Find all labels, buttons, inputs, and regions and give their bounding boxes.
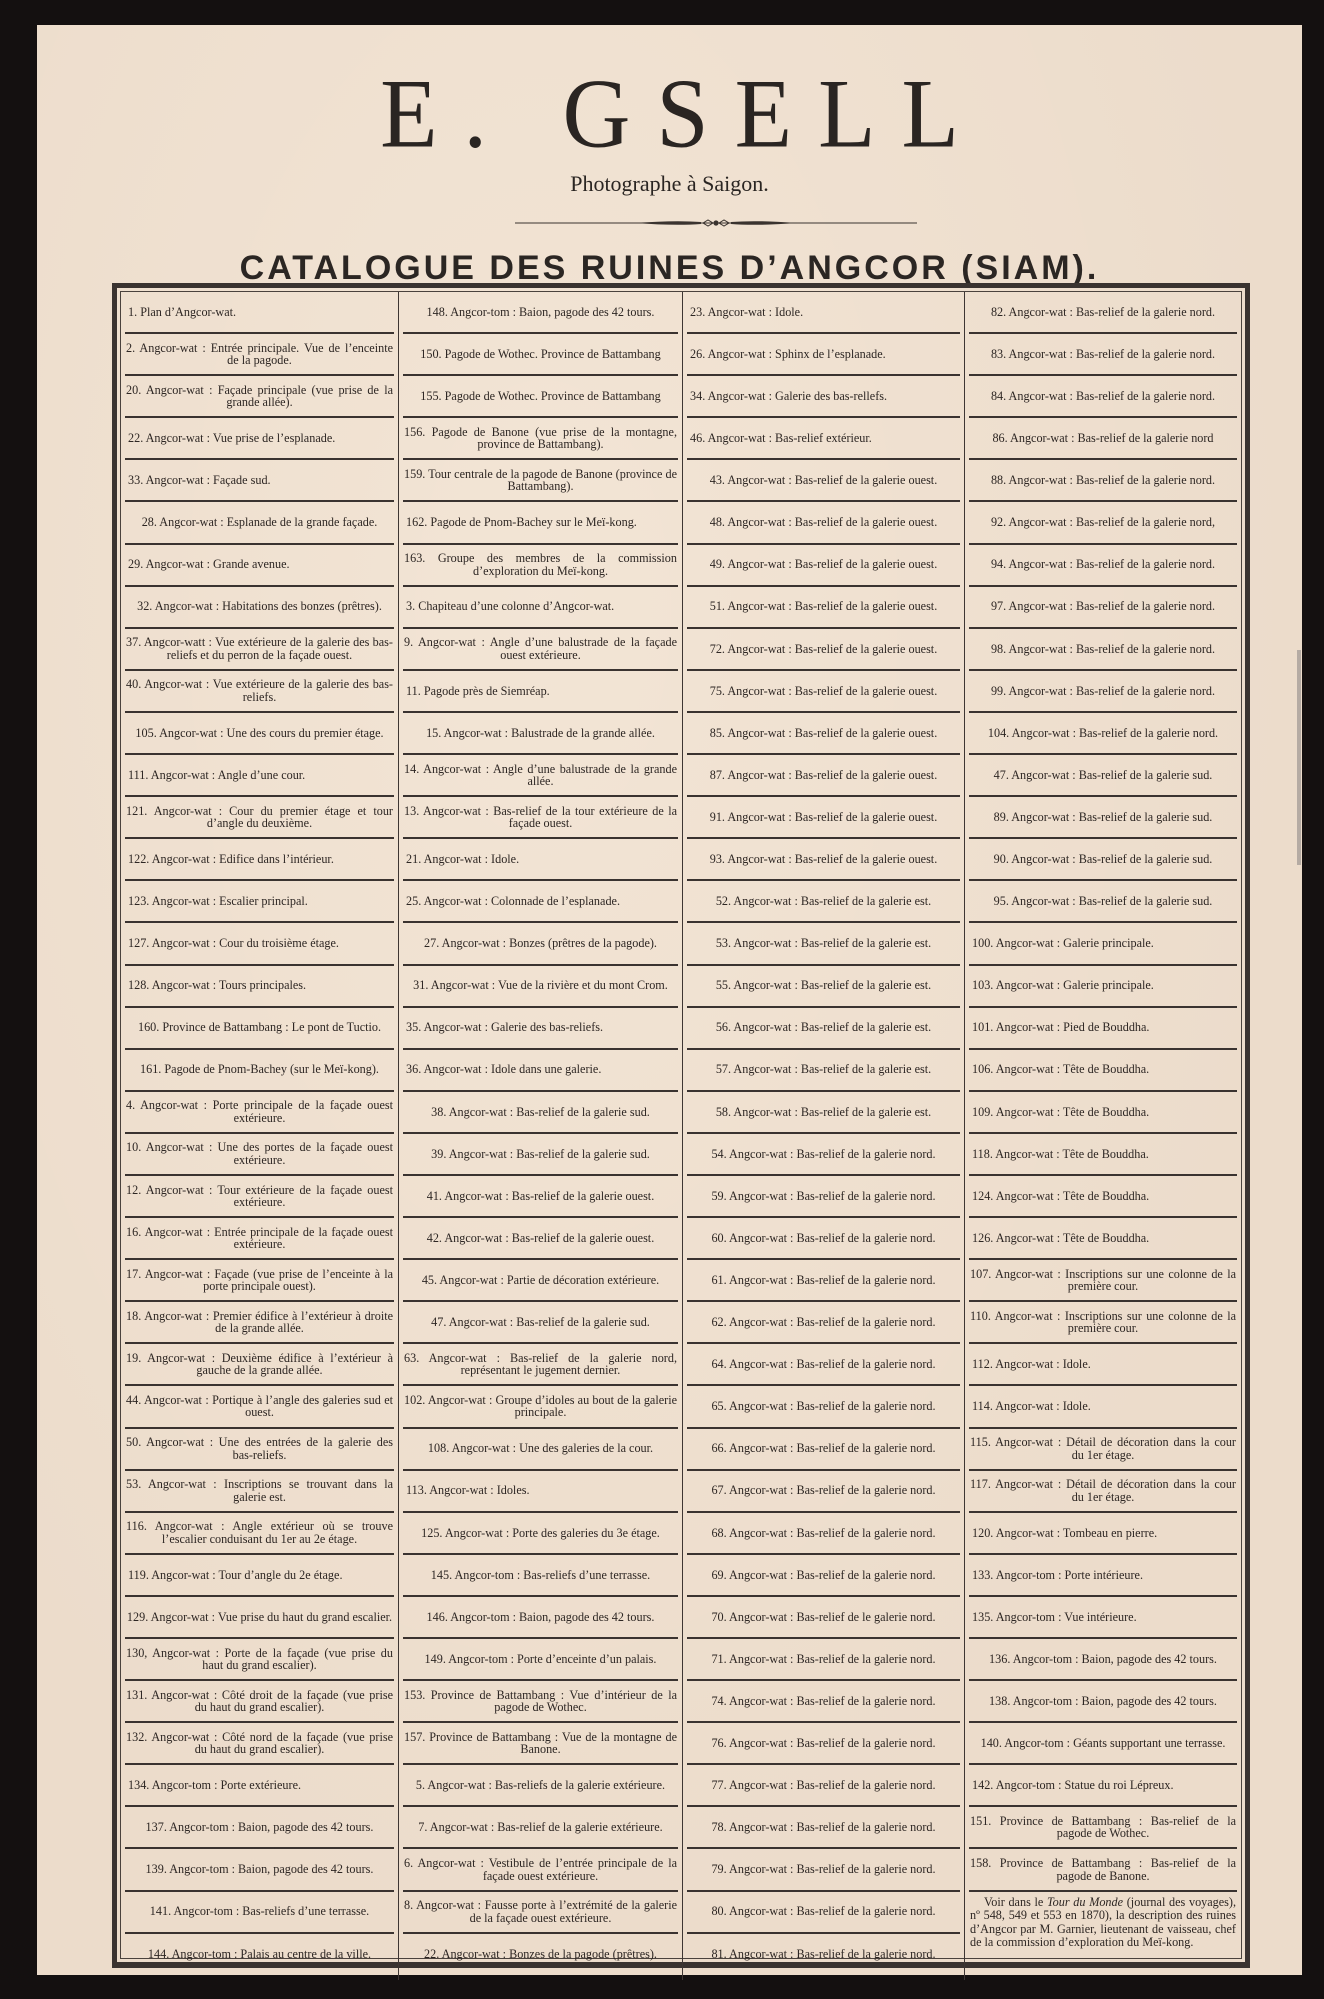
catalogue-entry-text: 90. Angcor-wat : Bas-relief de la galeri… [970, 853, 1236, 866]
catalogue-entry-text: 102. Angcor-wat : Groupe d’idoles au bou… [404, 1394, 677, 1419]
catalogue-entry: 55. Angcor-wat : Bas-relief de la galeri… [687, 966, 960, 1008]
catalogue-entry-text: 2. Angcor-wat : Entrée principale. Vue d… [126, 342, 393, 367]
catalogue-entry-text: 110. Angcor-wat : Inscriptions sur une c… [970, 1310, 1236, 1335]
catalogue-entry-text: 45. Angcor-wat : Partie de décoration ex… [404, 1274, 677, 1287]
catalogue-entry: 116. Angcor-wat : Angle extérieur où se … [125, 1513, 394, 1555]
catalogue-entry: 137. Angcor-tom : Baion, pagode des 42 t… [125, 1807, 394, 1849]
catalogue-entry-text: 151. Province de Battambang : Bas-relief… [970, 1815, 1236, 1840]
catalogue-entry-text: 121. Angcor-wat : Cour du premier étage … [126, 805, 393, 830]
catalogue-entry: 63. Angcor-wat : Bas-relief de la galeri… [403, 1344, 678, 1386]
catalogue-entry: 111. Angcor-wat : Angle d’une cour. [125, 755, 394, 797]
catalogue-entry-text: 133. Angcor-tom : Porte intérieure. [970, 1569, 1236, 1582]
catalogue-entry-text: 52. Angcor-wat : Bas-relief de la galeri… [688, 895, 959, 908]
catalogue-entry-text: 88. Angcor-wat : Bas-relief de la galeri… [970, 474, 1236, 487]
catalogue-entry: 65. Angcor-wat : Bas-relief de la galeri… [687, 1386, 960, 1428]
catalogue-entry: 66. Angcor-wat : Bas-relief de la galeri… [687, 1429, 960, 1471]
catalogue-entry-text: 21. Angcor-wat : Idole. [404, 853, 677, 866]
catalogue-entry: 54. Angcor-wat : Bas-relief de la galeri… [687, 1134, 960, 1176]
catalogue-entry: 39. Angcor-wat : Bas-relief de la galeri… [403, 1134, 678, 1176]
catalogue-entry-text: 64. Angcor-wat : Bas-relief de la galeri… [688, 1358, 959, 1371]
catalogue-entry: 8. Angcor-wat : Fausse porte à l’extrémi… [403, 1892, 678, 1934]
catalogue-entry: 114. Angcor-wat : Idole. [969, 1386, 1237, 1428]
catalogue-entry: 155. Pagode de Wothec. Province de Batta… [403, 376, 678, 418]
catalogue-entry: 121. Angcor-wat : Cour du premier étage … [125, 797, 394, 839]
catalogue-entry-text: 18. Angcor-wat : Premier édifice à l’ext… [126, 1310, 393, 1335]
catalogue-entry: 31. Angcor-wat : Vue de la rivière et du… [403, 966, 678, 1008]
catalogue-entry-text: 76. Angcor-wat : Bas-relief de la galeri… [688, 1737, 959, 1750]
catalogue-entry-text: 111. Angcor-wat : Angle d’une cour. [126, 769, 393, 782]
catalogue-entry: 6. Angcor-wat : Vestibule de l’entrée pr… [403, 1849, 678, 1891]
catalogue-entry: 61. Angcor-wat : Bas-relief de la galeri… [687, 1260, 960, 1302]
ornament-divider-icon [515, 218, 917, 228]
catalogue-entry-text: 160. Province de Battambang : Le pont de… [126, 1021, 393, 1034]
catalogue-entry: 32. Angcor-wat : Habitations des bonzes … [125, 587, 394, 629]
catalogue-entry: 48. Angcor-wat : Bas-relief de la galeri… [687, 502, 960, 544]
catalogue-entry: 99. Angcor-wat : Bas-relief de la galeri… [969, 671, 1237, 713]
catalogue-entry: 104. Angcor-wat : Bas-relief de la galer… [969, 713, 1237, 755]
catalogue-entry-text: 40. Angcor-wat : Vue extérieure de la ga… [126, 678, 393, 703]
catalogue-entry-text: 139. Angcor-tom : Baion, pagode des 42 t… [126, 1863, 393, 1876]
catalogue-entry-text: 62. Angcor-wat : Bas-relief de la galeri… [688, 1316, 959, 1329]
catalogue-table: 1. Plan d’Angcor-wat.2. Angcor-wat : Ent… [112, 283, 1250, 1968]
catalogue-entry-text: 80. Angcor-wat : Bas-relief de la galeri… [688, 1905, 959, 1918]
catalogue-entry-text: 35. Angcor-wat : Galerie des bas-reliefs… [404, 1021, 677, 1034]
catalogue-entry: 70. Angcor-wat : Bas-relief de le galeri… [687, 1597, 960, 1639]
catalogue-entry-text: 99. Angcor-wat : Bas-relief de la galeri… [970, 685, 1236, 698]
catalogue-entry: 43. Angcor-wat : Bas-relief de la galeri… [687, 460, 960, 502]
catalogue-entry: 126. Angcor-wat : Tête de Bouddha. [969, 1218, 1237, 1260]
catalogue-entry-text: 13. Angcor-wat : Bas-relief de la tour e… [404, 805, 677, 830]
catalogue-entry-text: 26. Angcor-wat : Sphinx de l’esplanade. [688, 348, 959, 361]
catalogue-entry-text: 54. Angcor-wat : Bas-relief de la galeri… [688, 1148, 959, 1161]
catalogue-entry-text: 31. Angcor-wat : Vue de la rivière et du… [404, 979, 677, 992]
catalogue-entry-text: 92. Angcor-wat : Bas-relief de la galeri… [970, 516, 1236, 529]
catalogue-entry: 19. Angcor-wat : Deuxième édifice à l’ex… [125, 1344, 394, 1386]
catalogue-entry: 139. Angcor-tom : Baion, pagode des 42 t… [125, 1849, 394, 1891]
catalogue-entry: 40. Angcor-wat : Vue extérieure de la ga… [125, 671, 394, 713]
catalogue-entry: 1. Plan d’Angcor-wat. [125, 292, 394, 334]
catalogue-entry-text: 77. Angcor-wat : Bas-relief de la galeri… [688, 1779, 959, 1792]
catalogue-entry-text: 159. Tour centrale de la pagode de Banon… [404, 468, 677, 493]
catalogue-entry: 42. Angcor-wat : Bas-relief de la galeri… [403, 1218, 678, 1260]
catalogue-entry: 142. Angcor-tom : Statue du roi Lépreux. [969, 1765, 1237, 1807]
catalogue-entry-text: 98. Angcor-wat : Bas-relief de la galeri… [970, 643, 1236, 656]
catalogue-entry-text: 126. Angcor-wat : Tête de Bouddha. [970, 1232, 1236, 1245]
catalogue-entry: 119. Angcor-wat : Tour d’angle du 2e éta… [125, 1555, 394, 1597]
catalogue-entry: 153. Province de Battambang : Vue d’inté… [403, 1681, 678, 1723]
catalogue-sheet: E. GSELL Photographe à Saigon. CATALOGUE… [37, 25, 1302, 1975]
catalogue-entry-text: 47. Angcor-wat : Bas-relief de la galeri… [970, 769, 1236, 782]
catalogue-entry: 103. Angcor-wat : Galerie principale. [969, 966, 1237, 1008]
catalogue-entry-text: 5. Angcor-wat : Bas-reliefs de la galeri… [404, 1779, 677, 1792]
catalogue-entry-text: 134. Angcor-tom : Porte extérieure. [126, 1779, 393, 1792]
catalogue-entry: 71. Angcor-wat : Bas-relief de la galeri… [687, 1639, 960, 1681]
catalogue-entry-text: 112. Angcor-wat : Idole. [970, 1358, 1236, 1371]
catalogue-entry: 100. Angcor-wat : Galerie principale. [969, 923, 1237, 965]
catalogue-entry: 102. Angcor-wat : Groupe d’idoles au bou… [403, 1386, 678, 1428]
reference-note-prefix: Voir dans le [984, 1895, 1047, 1909]
catalogue-entry-text: 70. Angcor-wat : Bas-relief de le galeri… [688, 1611, 959, 1624]
catalogue-entry-text: 69. Angcor-wat : Bas-relief de la galeri… [688, 1569, 959, 1582]
catalogue-entry-text: 123. Angcor-wat : Escalier principal. [126, 895, 393, 908]
catalogue-entry-text: 43. Angcor-wat : Bas-relief de la galeri… [688, 474, 959, 487]
catalogue-entry: 59. Angcor-wat : Bas-relief de la galeri… [687, 1176, 960, 1218]
catalogue-column-4: 82. Angcor-wat : Bas-relief de la galeri… [965, 292, 1241, 1980]
catalogue-entry-text: 122. Angcor-wat : Edifice dans l’intérie… [126, 853, 393, 866]
catalogue-entry: 133. Angcor-tom : Porte intérieure. [969, 1555, 1237, 1597]
catalogue-entry: 97. Angcor-wat : Bas-relief de la galeri… [969, 587, 1237, 629]
catalogue-entry: 68. Angcor-wat : Bas-relief de la galeri… [687, 1513, 960, 1555]
catalogue-entry-text: 135. Angcor-tom : Vue intérieure. [970, 1611, 1236, 1624]
catalogue-entry: 13. Angcor-wat : Bas-relief de la tour e… [403, 797, 678, 839]
reference-note-text: Voir dans le Tour du Monde (journal des … [970, 1896, 1236, 1950]
catalogue-entry: 144. Angcor-tom : Palais au centre de la… [125, 1934, 394, 1976]
catalogue-entry-text: 9. Angcor-wat : Angle d’une balustrade d… [404, 636, 677, 661]
catalogue-entry-text: 59. Angcor-wat : Bas-relief de la galeri… [688, 1190, 959, 1203]
catalogue-entry-text: 28. Angcor-wat : Esplanade de la grande … [126, 516, 393, 529]
catalogue-entry-text: 47. Angcor-wat : Bas-relief de la galeri… [404, 1316, 677, 1329]
catalogue-entry: 92. Angcor-wat : Bas-relief de la galeri… [969, 502, 1237, 544]
catalogue-entry: 161. Pagode de Pnom-Bachey (sur le Meï-k… [125, 1050, 394, 1092]
catalogue-entry-text: 12. Angcor-wat : Tour extérieure de la f… [126, 1184, 393, 1209]
catalogue-entry-text: 104. Angcor-wat : Bas-relief de la galer… [970, 727, 1236, 740]
catalogue-entry: 150. Pagode de Wothec. Province de Batta… [403, 334, 678, 376]
catalogue-entry-text: 148. Angcor-tom : Baion, pagode des 42 t… [404, 306, 677, 319]
catalogue-entry: 56. Angcor-wat : Bas-relief de la galeri… [687, 1008, 960, 1050]
catalogue-entry-text: 51. Angcor-wat : Bas-relief de la galeri… [688, 600, 959, 613]
catalogue-entry-text: 145. Angcor-tom : Bas-reliefs d’une terr… [404, 1569, 677, 1582]
catalogue-entry: 117. Angcor-wat : Détail de décoration d… [969, 1471, 1237, 1513]
catalogue-entry: 37. Angcor-watt : Vue extérieure de la g… [125, 629, 394, 671]
catalogue-entry-text: 117. Angcor-wat : Détail de décoration d… [970, 1478, 1236, 1503]
catalogue-entry-text: 36. Angcor-wat : Idole dans une galerie. [404, 1063, 677, 1076]
catalogue-column-1: 1. Plan d’Angcor-wat.2. Angcor-wat : Ent… [121, 292, 399, 1980]
catalogue-entry: 51. Angcor-wat : Bas-relief de la galeri… [687, 587, 960, 629]
catalogue-entry: 10. Angcor-wat : Une des portes de la fa… [125, 1134, 394, 1176]
catalogue-entry: 3. Chapiteau d’une colonne d’Angcor-wat. [403, 587, 678, 629]
catalogue-entry: 145. Angcor-tom : Bas-reliefs d’une terr… [403, 1555, 678, 1597]
catalogue-entry-text: 8. Angcor-wat : Fausse porte à l’extrémi… [404, 1899, 677, 1924]
catalogue-entry: 52. Angcor-wat : Bas-relief de la galeri… [687, 881, 960, 923]
catalogue-entry: 109. Angcor-wat : Tête de Bouddha. [969, 1092, 1237, 1134]
catalogue-entry-text: 109. Angcor-wat : Tête de Bouddha. [970, 1106, 1236, 1119]
catalogue-entry-text: 57. Angcor-wat : Bas-relief de la galeri… [688, 1063, 959, 1076]
catalogue-entry: 22. Angcor-wat : Vue prise de l’esplanad… [125, 418, 394, 460]
catalogue-entry-text: 136. Angcor-tom : Baion, pagode des 42 t… [970, 1653, 1236, 1666]
catalogue-entry-text: 115. Angcor-wat : Détail de décoration d… [970, 1436, 1236, 1461]
catalogue-entry-text: 131. Angcor-wat : Côté droit de la façad… [126, 1689, 393, 1714]
catalogue-entry-text: 50. Angcor-wat : Une des entrées de la g… [126, 1436, 393, 1461]
catalogue-entry-text: 103. Angcor-wat : Galerie principale. [970, 979, 1236, 992]
catalogue-entry: 106. Angcor-wat : Tête de Bouddha. [969, 1050, 1237, 1092]
catalogue-entry: 141. Angcor-tom : Bas-reliefs d’une terr… [125, 1892, 394, 1934]
catalogue-entry-text: 108. Angcor-wat : Une des galeries de la… [404, 1442, 677, 1455]
catalogue-entry-text: 14. Angcor-wat : Angle d’une balustrade … [404, 763, 677, 788]
catalogue-entry: 130, Angcor-wat : Porte de la façade (vu… [125, 1639, 394, 1681]
catalogue-entry-text: 6. Angcor-wat : Vestibule de l’entrée pr… [404, 1857, 677, 1882]
catalogue-entry-text: 17. Angcor-wat : Façade (vue prise de l’… [126, 1268, 393, 1293]
catalogue-entry: 15. Angcor-wat : Balustrade de la grande… [403, 713, 678, 755]
catalogue-entry-text: 163. Groupe des membres de la commission… [404, 552, 677, 577]
catalogue-entry-text: 118. Angcor-wat : Tête de Bouddha. [970, 1148, 1236, 1161]
catalogue-entry: 162. Pagode de Pnom-Bachey sur le Meï-ko… [403, 502, 678, 544]
catalogue-entry-text: 84. Angcor-wat : Bas-relief de la galeri… [970, 390, 1236, 403]
catalogue-entry: 78. Angcor-wat : Bas-relief de la galeri… [687, 1807, 960, 1849]
catalogue-entry: 123. Angcor-wat : Escalier principal. [125, 881, 394, 923]
catalogue-entry: 105. Angcor-wat : Une des cours du premi… [125, 713, 394, 755]
catalogue-entry-text: 46. Angcor-wat : Bas-relief extérieur. [688, 432, 959, 445]
catalogue-entry-text: 105. Angcor-wat : Une des cours du premi… [126, 727, 393, 740]
catalogue-entry-text: 68. Angcor-wat : Bas-relief de la galeri… [688, 1527, 959, 1540]
catalogue-entry: 98. Angcor-wat : Bas-relief de la galeri… [969, 629, 1237, 671]
catalogue-entry-text: 137. Angcor-tom : Baion, pagode des 42 t… [126, 1821, 393, 1834]
catalogue-entry: 47. Angcor-wat : Bas-relief de la galeri… [403, 1302, 678, 1344]
catalogue-entry: 113. Angcor-wat : Idoles. [403, 1471, 678, 1513]
catalogue-entry: 140. Angcor-tom : Géants supportant une … [969, 1723, 1237, 1765]
catalogue-entry: 26. Angcor-wat : Sphinx de l’esplanade. [687, 334, 960, 376]
catalogue-entry-text: 124. Angcor-wat : Tête de Bouddha. [970, 1190, 1236, 1203]
catalogue-entry: 69. Angcor-wat : Bas-relief de la galeri… [687, 1555, 960, 1597]
catalogue-entry: 25. Angcor-wat : Colonnade de l’esplanad… [403, 881, 678, 923]
catalogue-entry: 77. Angcor-wat : Bas-relief de la galeri… [687, 1765, 960, 1807]
catalogue-entry-text: 53. Angcor-wat : Bas-relief de la galeri… [688, 937, 959, 950]
catalogue-entry: 33. Angcor-wat : Façade sud. [125, 460, 394, 502]
catalogue-entry: 86. Angcor-wat : Bas-relief de la galeri… [969, 418, 1237, 460]
catalogue-entry: 128. Angcor-wat : Tours principales. [125, 966, 394, 1008]
catalogue-entry: 5. Angcor-wat : Bas-reliefs de la galeri… [403, 1765, 678, 1807]
catalogue-entry-text: 72. Angcor-wat : Bas-relief de la galeri… [688, 643, 959, 656]
catalogue-entry: 127. Angcor-wat : Cour du troisième étag… [125, 923, 394, 965]
catalogue-entry-text: 37. Angcor-watt : Vue extérieure de la g… [126, 636, 393, 661]
catalogue-entry: 22. Angcor-wat : Bonzes de la pagode (pr… [403, 1934, 678, 1976]
catalogue-entry-text: 128. Angcor-wat : Tours principales. [126, 979, 393, 992]
catalogue-entry-text: 10. Angcor-wat : Une des portes de la fa… [126, 1141, 393, 1166]
catalogue-entry: 49. Angcor-wat : Bas-relief de la galeri… [687, 545, 960, 587]
catalogue-column-2: 148. Angcor-tom : Baion, pagode des 42 t… [399, 292, 683, 1980]
catalogue-entry-text: 38. Angcor-wat : Bas-relief de la galeri… [404, 1106, 677, 1119]
catalogue-entry-text: 149. Angcor-tom : Porte d’enceinte d’un … [404, 1653, 677, 1666]
catalogue-entry: 58. Angcor-wat : Bas-relief de la galeri… [687, 1092, 960, 1134]
catalogue-entry: 84. Angcor-wat : Bas-relief de la galeri… [969, 376, 1237, 418]
catalogue-entry: 36. Angcor-wat : Idole dans une galerie. [403, 1050, 678, 1092]
catalogue-entry: 151. Province de Battambang : Bas-relief… [969, 1807, 1237, 1849]
catalogue-entry: 138. Angcor-tom : Baion, pagode des 42 t… [969, 1681, 1237, 1723]
catalogue-entry: 125. Angcor-wat : Porte des galeries du … [403, 1513, 678, 1555]
catalogue-entry: 35. Angcor-wat : Galerie des bas-reliefs… [403, 1008, 678, 1050]
catalogue-column-3: 23. Angcor-wat : Idole.26. Angcor-wat : … [683, 292, 965, 1980]
catalogue-entry-text: 48. Angcor-wat : Bas-relief de la galeri… [688, 516, 959, 529]
catalogue-entry: 23. Angcor-wat : Idole. [687, 292, 960, 334]
catalogue-entry-text: 78. Angcor-wat : Bas-relief de la galeri… [688, 1821, 959, 1834]
catalogue-entry-text: 132. Angcor-wat : Côté nord de la façade… [126, 1731, 393, 1756]
catalogue-entry: 83. Angcor-wat : Bas-relief de la galeri… [969, 334, 1237, 376]
catalogue-entry-text: 113. Angcor-wat : Idoles. [404, 1484, 677, 1497]
catalogue-entry-text: 34. Angcor-wat : Galerie des bas-rellefs… [688, 390, 959, 403]
catalogue-entry-text: 129. Angcor-wat : Vue prise du haut du g… [126, 1611, 393, 1624]
catalogue-entry-text: 101. Angcor-wat : Pied de Bouddha. [970, 1021, 1236, 1034]
catalogue-entry-text: 60. Angcor-wat : Bas-relief de la galeri… [688, 1232, 959, 1245]
catalogue-entry-text: 19. Angcor-wat : Deuxième édifice à l’ex… [126, 1352, 393, 1377]
catalogue-entry: 62. Angcor-wat : Bas-relief de la galeri… [687, 1302, 960, 1344]
catalogue-entry-text: 15. Angcor-wat : Balustrade de la grande… [404, 727, 677, 740]
catalogue-entry: 80. Angcor-wat : Bas-relief de la galeri… [687, 1892, 960, 1934]
catalogue-entry: 14. Angcor-wat : Angle d’une balustrade … [403, 755, 678, 797]
catalogue-entry: 118. Angcor-wat : Tête de Bouddha. [969, 1134, 1237, 1176]
catalogue-entry-text: 44. Angcor-wat : Portique à l’angle des … [126, 1394, 393, 1419]
catalogue-entry-text: 138. Angcor-tom : Baion, pagode des 42 t… [970, 1695, 1236, 1708]
catalogue-entry: 129. Angcor-wat : Vue prise du haut du g… [125, 1597, 394, 1639]
catalogue-entry-text: 142. Angcor-tom : Statue du roi Lépreux. [970, 1779, 1236, 1792]
catalogue-entry-text: 106. Angcor-wat : Tête de Bouddha. [970, 1063, 1236, 1076]
catalogue-entry: 53. Angcor-wat : Bas-relief de la galeri… [687, 923, 960, 965]
catalogue-entry-text: 116. Angcor-wat : Angle extérieur où se … [126, 1520, 393, 1545]
catalogue-table-grid: 1. Plan d’Angcor-wat.2. Angcor-wat : Ent… [120, 291, 1242, 1959]
catalogue-entry-text: 32. Angcor-wat : Habitations des bonzes … [126, 600, 393, 613]
catalogue-entry-text: 158. Province de Battambang : Bas-relief… [970, 1857, 1236, 1882]
catalogue-entry-text: 56. Angcor-wat : Bas-relief de la galeri… [688, 1021, 959, 1034]
catalogue-entry-text: 89. Angcor-wat : Bas-relief de la galeri… [970, 811, 1236, 824]
catalogue-entry-text: 1. Plan d’Angcor-wat. [126, 306, 393, 319]
catalogue-entry: 159. Tour centrale de la pagode de Banon… [403, 460, 678, 502]
catalogue-entry: 124. Angcor-wat : Tête de Bouddha. [969, 1176, 1237, 1218]
catalogue-entry: 115. Angcor-wat : Détail de décoration d… [969, 1429, 1237, 1471]
catalogue-entry: 60. Angcor-wat : Bas-relief de la galeri… [687, 1218, 960, 1260]
catalogue-entry-text: 81. Angcor-wat : Bas-relief de la galeri… [688, 1948, 959, 1961]
catalogue-entry-text: 42. Angcor-wat : Bas-relief de la galeri… [404, 1232, 677, 1245]
catalogue-entry-text: 22. Angcor-wat : Vue prise de l’esplanad… [126, 432, 393, 445]
catalogue-entry: 20. Angcor-wat : Façade principale (vue … [125, 376, 394, 418]
catalogue-entry: 75. Angcor-wat : Bas-relief de la galeri… [687, 671, 960, 713]
catalogue-entry: 93. Angcor-wat : Bas-relief de la galeri… [687, 839, 960, 881]
catalogue-entry-text: 53. Angcor-wat : Inscriptions se trouvan… [126, 1478, 393, 1503]
catalogue-entry-text: 130, Angcor-wat : Porte de la façade (vu… [126, 1647, 393, 1672]
catalogue-entry: 135. Angcor-tom : Vue intérieure. [969, 1597, 1237, 1639]
catalogue-entry-text: 107. Angcor-wat : Inscriptions sur une c… [970, 1268, 1236, 1293]
catalogue-entry: 160. Province de Battambang : Le pont de… [125, 1008, 394, 1050]
catalogue-entry: 136. Angcor-tom : Baion, pagode des 42 t… [969, 1639, 1237, 1681]
catalogue-entry-text: 140. Angcor-tom : Géants supportant une … [970, 1737, 1236, 1750]
catalogue-entry: 87. Angcor-wat : Bas-relief de la galeri… [687, 755, 960, 797]
catalogue-entry: 146. Angcor-tom : Baion, pagode des 42 t… [403, 1597, 678, 1639]
catalogue-entry: 148. Angcor-tom : Baion, pagode des 42 t… [403, 292, 678, 334]
catalogue-entry-text: 41. Angcor-wat : Bas-relief de la galeri… [404, 1190, 677, 1203]
catalogue-entry-text: 157. Province de Battambang : Vue de la … [404, 1731, 677, 1756]
catalogue-entry: 2. Angcor-wat : Entrée principale. Vue d… [125, 334, 394, 376]
catalogue-entry: 18. Angcor-wat : Premier édifice à l’ext… [125, 1302, 394, 1344]
catalogue-entry-text: 146. Angcor-tom : Baion, pagode des 42 t… [404, 1611, 677, 1624]
catalogue-entry: 156. Pagode de Banone (vue prise de la m… [403, 418, 678, 460]
catalogue-entry: 50. Angcor-wat : Une des entrées de la g… [125, 1429, 394, 1471]
catalogue-entry: 163. Groupe des membres de la commission… [403, 545, 678, 587]
catalogue-entry: 67. Angcor-wat : Bas-relief de la galeri… [687, 1471, 960, 1513]
catalogue-entry-text: 82. Angcor-wat : Bas-relief de la galeri… [970, 306, 1236, 319]
catalogue-entry-text: 49. Angcor-wat : Bas-relief de la galeri… [688, 558, 959, 571]
catalogue-entry: 12. Angcor-wat : Tour extérieure de la f… [125, 1176, 394, 1218]
reference-note: Voir dans le Tour du Monde (journal des … [969, 1892, 1237, 1980]
catalogue-entry-text: 65. Angcor-wat : Bas-relief de la galeri… [688, 1400, 959, 1413]
catalogue-entry-text: 85. Angcor-wat : Bas-relief de la galeri… [688, 727, 959, 740]
catalogue-entry: 101. Angcor-wat : Pied de Bouddha. [969, 1008, 1237, 1050]
catalogue-entry: 89. Angcor-wat : Bas-relief de la galeri… [969, 797, 1237, 839]
catalogue-entry-text: 120. Angcor-wat : Tombeau en pierre. [970, 1527, 1236, 1540]
catalogue-entry: 81. Angcor-wat : Bas-relief de la galeri… [687, 1934, 960, 1976]
catalogue-entry: 85. Angcor-wat : Bas-relief de la galeri… [687, 713, 960, 755]
catalogue-entry: 94. Angcor-wat : Bas-relief de la galeri… [969, 545, 1237, 587]
catalogue-entry: 7. Angcor-wat : Bas-relief de la galerie… [403, 1807, 678, 1849]
catalogue-entry-text: 87. Angcor-wat : Bas-relief de la galeri… [688, 769, 959, 782]
catalogue-entry-text: 23. Angcor-wat : Idole. [688, 306, 959, 319]
catalogue-entry-text: 162. Pagode de Pnom-Bachey sur le Meï-ko… [404, 516, 677, 529]
catalogue-entry: 38. Angcor-wat : Bas-relief de la galeri… [403, 1092, 678, 1134]
catalogue-entry-text: 93. Angcor-wat : Bas-relief de la galeri… [688, 853, 959, 866]
catalogue-entry-text: 4. Angcor-wat : Porte principale de la f… [126, 1099, 393, 1124]
catalogue-entry: 79. Angcor-wat : Bas-relief de la galeri… [687, 1849, 960, 1891]
catalogue-entry-text: 33. Angcor-wat : Façade sud. [126, 474, 393, 487]
catalogue-entry: 91. Angcor-wat : Bas-relief de la galeri… [687, 797, 960, 839]
catalogue-entry: 9. Angcor-wat : Angle d’une balustrade d… [403, 629, 678, 671]
catalogue-entry-text: 58. Angcor-wat : Bas-relief de la galeri… [688, 1106, 959, 1119]
catalogue-entry: 131. Angcor-wat : Côté droit de la façad… [125, 1681, 394, 1723]
catalogue-entry-text: 75. Angcor-wat : Bas-relief de la galeri… [688, 685, 959, 698]
catalogue-entry: 47. Angcor-wat : Bas-relief de la galeri… [969, 755, 1237, 797]
catalogue-entry-text: 74. Angcor-wat : Bas-relief de la galeri… [688, 1695, 959, 1708]
catalogue-entry: 76. Angcor-wat : Bas-relief de la galeri… [687, 1723, 960, 1765]
catalogue-entry-text: 114. Angcor-wat : Idole. [970, 1400, 1236, 1413]
catalogue-entry: 107. Angcor-wat : Inscriptions sur une c… [969, 1260, 1237, 1302]
catalogue-entry: 57. Angcor-wat : Bas-relief de la galeri… [687, 1050, 960, 1092]
catalogue-entry: 158. Province de Battambang : Bas-relief… [969, 1849, 1237, 1891]
catalogue-entry-text: 127. Angcor-wat : Cour du troisième étag… [126, 937, 393, 950]
catalogue-entry-text: 16. Angcor-wat : Entrée principale de la… [126, 1226, 393, 1251]
catalogue-entry: 17. Angcor-wat : Façade (vue prise de l’… [125, 1260, 394, 1302]
catalogue-entry: 53. Angcor-wat : Inscriptions se trouvan… [125, 1471, 394, 1513]
catalogue-entry-text: 39. Angcor-wat : Bas-relief de la galeri… [404, 1148, 677, 1161]
catalogue-entry: 112. Angcor-wat : Idole. [969, 1344, 1237, 1386]
catalogue-entry: 122. Angcor-wat : Edifice dans l’intérie… [125, 839, 394, 881]
catalogue-entry-text: 3. Chapiteau d’une colonne d’Angcor-wat. [404, 600, 677, 613]
catalogue-entry: 46. Angcor-wat : Bas-relief extérieur. [687, 418, 960, 460]
catalogue-entry-text: 11. Pagode près de Siemréap. [404, 685, 677, 698]
catalogue-entry: 95. Angcor-wat : Bas-relief de la galeri… [969, 881, 1237, 923]
catalogue-entry-text: 97. Angcor-wat : Bas-relief de la galeri… [970, 600, 1236, 613]
catalogue-entry: 16. Angcor-wat : Entrée principale de la… [125, 1218, 394, 1260]
catalogue-entry-text: 141. Angcor-tom : Bas-reliefs d’une terr… [126, 1905, 393, 1918]
catalogue-entry-text: 25. Angcor-wat : Colonnade de l’esplanad… [404, 895, 677, 908]
catalogue-entry-text: 20. Angcor-wat : Façade principale (vue … [126, 384, 393, 409]
catalogue-entry: 90. Angcor-wat : Bas-relief de la galeri… [969, 839, 1237, 881]
catalogue-entry-text: 161. Pagode de Pnom-Bachey (sur le Meï-k… [126, 1063, 393, 1076]
catalogue-entry: 149. Angcor-tom : Porte d’enceinte d’un … [403, 1639, 678, 1681]
catalogue-entry: 44. Angcor-wat : Portique à l’angle des … [125, 1386, 394, 1428]
catalogue-entry: 134. Angcor-tom : Porte extérieure. [125, 1765, 394, 1807]
catalogue-entry-text: 94. Angcor-wat : Bas-relief de la galeri… [970, 558, 1236, 571]
catalogue-entry: 110. Angcor-wat : Inscriptions sur une c… [969, 1302, 1237, 1344]
catalogue-entry: 132. Angcor-wat : Côté nord de la façade… [125, 1723, 394, 1765]
catalogue-entry: 157. Province de Battambang : Vue de la … [403, 1723, 678, 1765]
catalogue-entry-text: 100. Angcor-wat : Galerie principale. [970, 937, 1236, 950]
catalogue-entry-text: 67. Angcor-wat : Bas-relief de la galeri… [688, 1484, 959, 1497]
catalogue-entry: 120. Angcor-wat : Tombeau en pierre. [969, 1513, 1237, 1555]
catalogue-entry-text: 150. Pagode de Wothec. Province de Batta… [404, 348, 677, 361]
reference-note-journal-title: Tour du Monde [1047, 1895, 1123, 1909]
catalogue-entry-text: 153. Province de Battambang : Vue d’inté… [404, 1689, 677, 1714]
photographer-name: E. GSELL [37, 65, 1302, 164]
catalogue-entry: 21. Angcor-wat : Idole. [403, 839, 678, 881]
catalogue-entry: 72. Angcor-wat : Bas-relief de la galeri… [687, 629, 960, 671]
catalogue-entry: 45. Angcor-wat : Partie de décoration ex… [403, 1260, 678, 1302]
catalogue-entry-text: 71. Angcor-wat : Bas-relief de la galeri… [688, 1653, 959, 1666]
catalogue-entry-text: 27. Angcor-wat : Bonzes (prêtres de la p… [404, 937, 677, 950]
